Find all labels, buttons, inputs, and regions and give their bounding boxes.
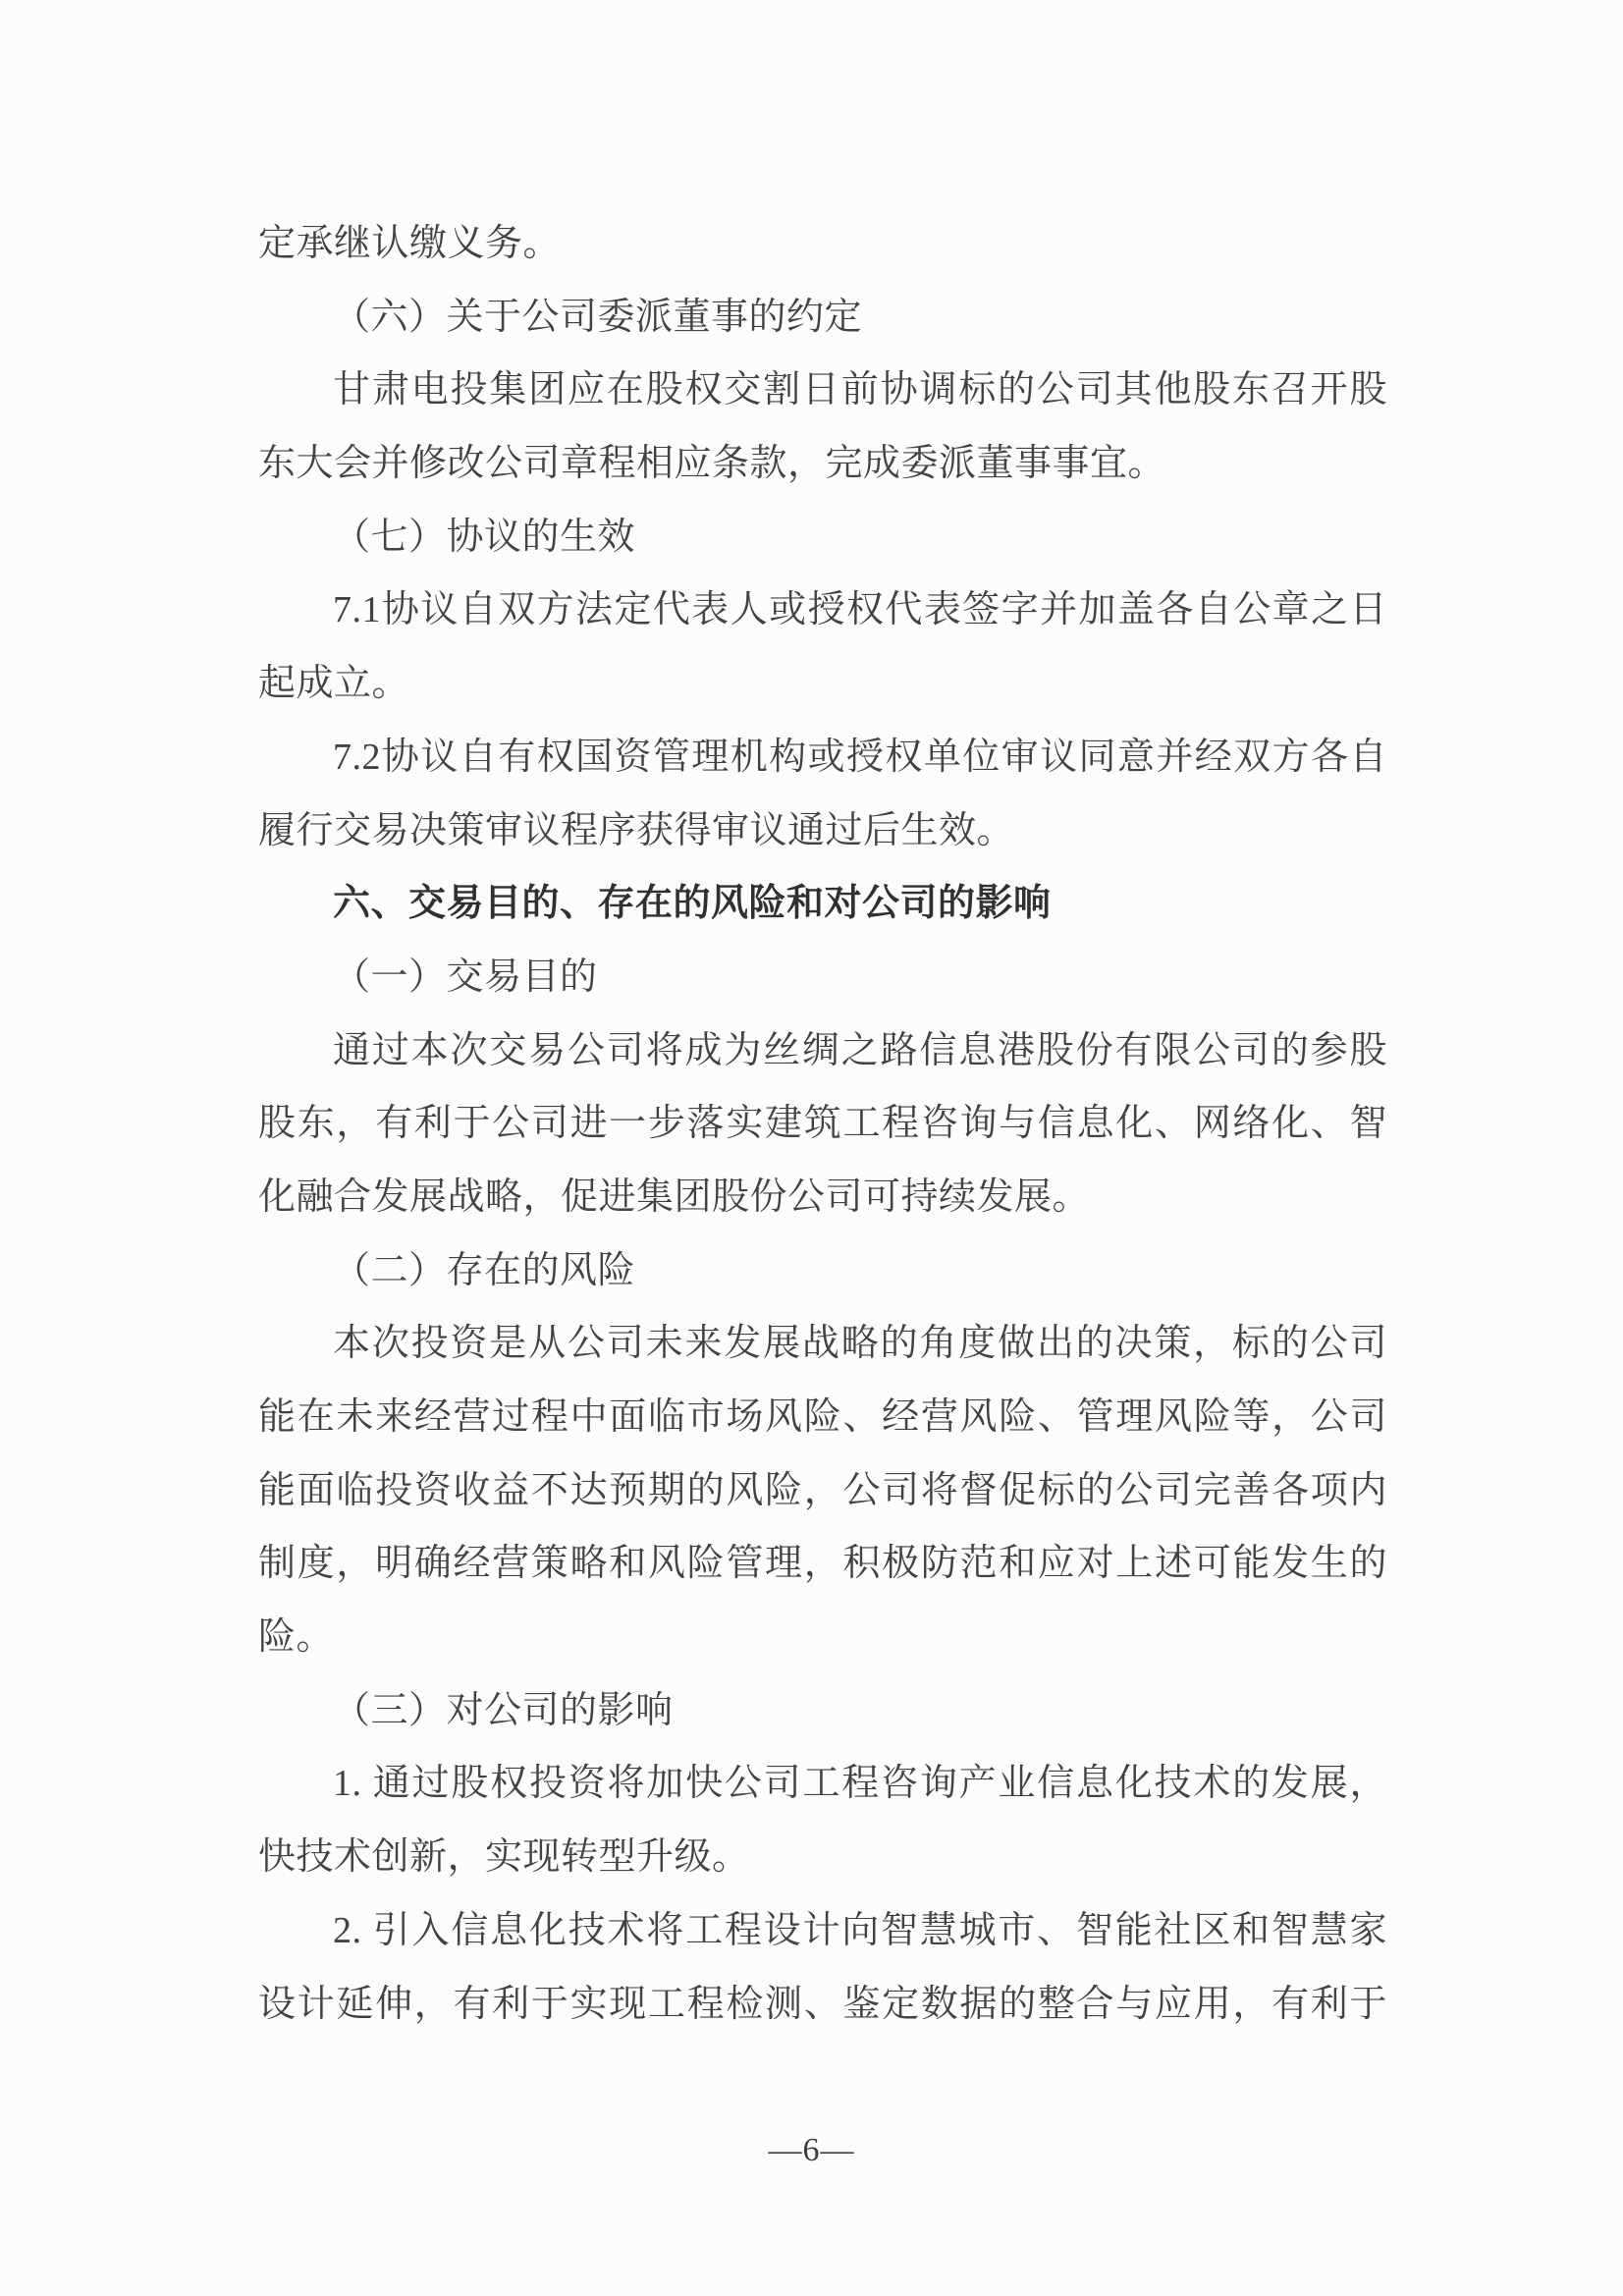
text-line: （二）存在的风险 — [258, 1234, 1387, 1308]
text-line: 定承继认缴义务。 — [258, 207, 1387, 281]
text-line: 险。 — [258, 1601, 1387, 1674]
text-line: 化融合发展战略，促进集团股份公司可持续发展。 — [258, 1161, 1387, 1234]
text-line: 7.1协议自双方法定代表人或授权代表签字并加盖各自公章之日 — [258, 574, 1387, 647]
text-line: 履行交易决策审议程序获得审议通过后生效。 — [258, 794, 1387, 868]
text-line: 快技术创新，实现转型升级。 — [258, 1821, 1387, 1894]
text-line: 7.2协议自有权国资管理机构或授权单位审议同意并经双方各自 — [258, 721, 1387, 794]
text-line: 甘肃电投集团应在股权交割日前协调标的公司其他股东召开股 — [258, 354, 1387, 427]
document-body: 定承继认缴义务。（六）关于公司委派董事的约定甘肃电投集团应在股权交割日前协调标的… — [258, 207, 1387, 2041]
text-line: 股东，有利于公司进一步落实建筑工程咨询与信息化、网络化、智能 — [258, 1087, 1387, 1161]
text-line: （三）对公司的影响 — [258, 1674, 1387, 1748]
text-line: （六）关于公司委派董事的约定 — [258, 281, 1387, 355]
text-line: 起成立。 — [258, 647, 1387, 721]
scanned-document-page: 定承继认缴义务。（六）关于公司委派董事的约定甘肃电投集团应在股权交割日前协调标的… — [0, 0, 1623, 2296]
page-number: —6— — [0, 2131, 1623, 2170]
text-line: 制度，明确经营策略和风险管理，积极防范和应对上述可能发生的风 — [258, 1527, 1387, 1601]
text-line: 通过本次交易公司将成为丝绸之路信息港股份有限公司的参股 — [258, 1014, 1387, 1088]
text-line: 1. 通过股权投资将加快公司工程咨询产业信息化技术的发展，加 — [258, 1747, 1387, 1821]
text-line: 能在未来经营过程中面临市场风险、经营风险、管理风险等，公司可 — [258, 1381, 1387, 1454]
text-line: （一）交易目的 — [258, 941, 1387, 1014]
text-line: （七）协议的生效 — [258, 501, 1387, 574]
text-line: 2. 引入信息化技术将工程设计向智慧城市、智能社区和智慧家庭 — [258, 1894, 1387, 1968]
text-line: 本次投资是从公司未来发展战略的角度做出的决策，标的公司可 — [258, 1307, 1387, 1381]
text-line: 设计延伸，有利于实现工程检测、鉴定数据的整合与应用，有利于为 — [258, 1968, 1387, 2042]
text-line: 东大会并修改公司章程相应条款，完成委派董事事宜。 — [258, 427, 1387, 501]
text-line: 能面临投资收益不达预期的风险，公司将督促标的公司完善各项内控 — [258, 1454, 1387, 1528]
section-heading-line: 六、交易目的、存在的风险和对公司的影响 — [258, 867, 1387, 941]
